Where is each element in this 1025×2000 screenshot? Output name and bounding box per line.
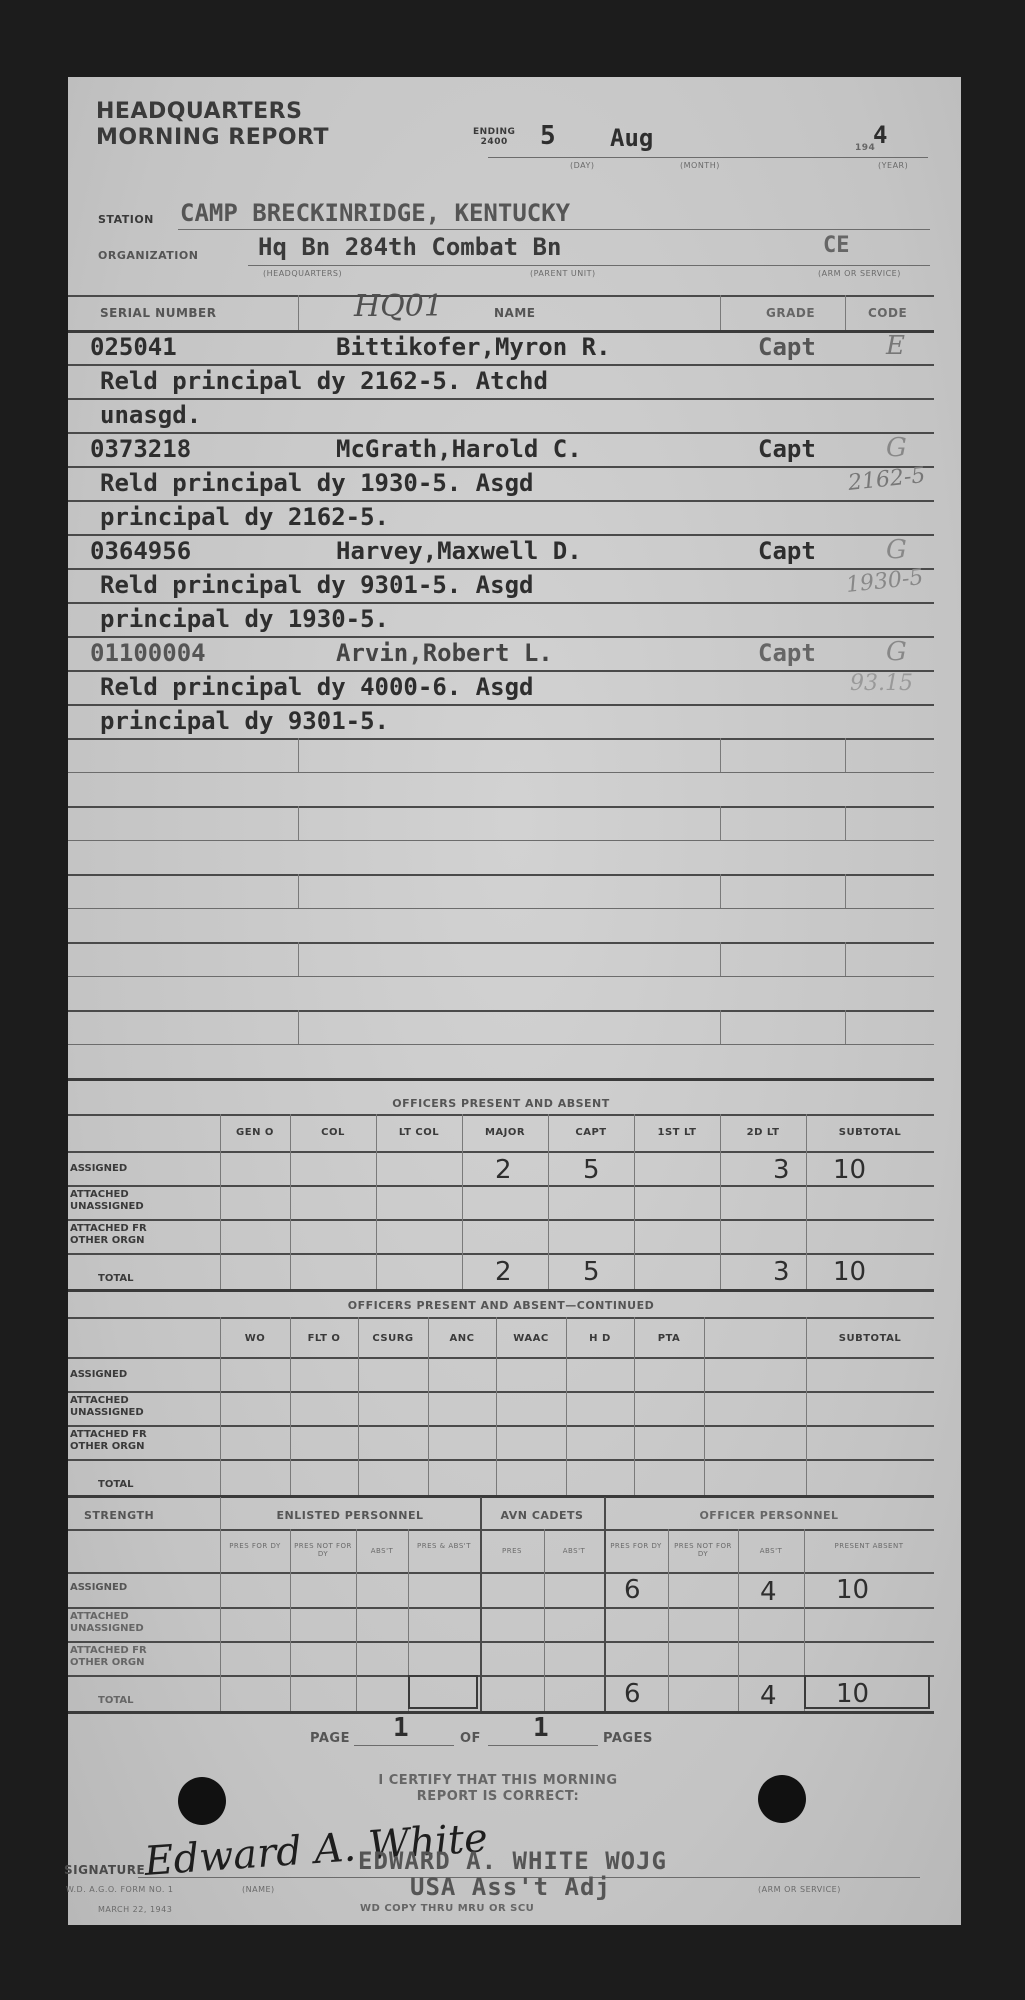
code-header: CODE — [868, 306, 907, 320]
roster-rule — [68, 1078, 934, 1081]
table-rule — [68, 1357, 934, 1359]
copy-routing-note: WD COPY THRU MRU OR SCU — [360, 1903, 534, 1914]
roster-col-divider — [720, 1010, 721, 1044]
page-label: PAGE — [310, 1731, 350, 1746]
roster-col-divider — [720, 295, 721, 330]
table-col-divider — [704, 1317, 705, 1495]
form-number: W.D. A.G.O. FORM NO. 1 — [66, 1885, 174, 1894]
punch-hole-right — [758, 1775, 806, 1823]
subcol-header: PRES — [480, 1547, 544, 1555]
officer-name: Bittikofer,Myron R. — [336, 333, 611, 361]
roster-rule — [68, 534, 934, 536]
roster-top-rule — [68, 295, 934, 297]
arm-of-service-value: CE — [823, 233, 850, 258]
roster-rule — [68, 398, 934, 400]
row-label: ATTACHED UNASSIGNED — [70, 1189, 180, 1213]
form-date: MARCH 22, 1943 — [98, 1905, 172, 1914]
table-rule — [68, 1253, 934, 1255]
col-header: SUBTOTAL — [806, 1333, 934, 1344]
count-major-assigned: 2 — [495, 1155, 512, 1185]
roster-rule — [68, 636, 934, 638]
row-label: ATTACHED FR OTHER ORGN — [70, 1223, 180, 1247]
officer-grade: Capt — [758, 435, 816, 463]
count-capt-assigned: 5 — [583, 1155, 600, 1185]
roster-rule — [68, 432, 934, 434]
roster-rule — [68, 976, 934, 977]
remark-line: Reld principal dy 4000-6. Asgd — [100, 673, 533, 701]
row-label: ASSIGNED — [70, 1163, 127, 1175]
serial-number: 0364956 — [90, 537, 191, 565]
table-col-divider — [634, 1114, 635, 1289]
remark-line: unasgd. — [100, 401, 201, 429]
officers-table-title: OFFICERS PRESENT AND ABSENT — [68, 1097, 934, 1110]
organization-value: Hq Bn 284th Combat Bn — [258, 233, 561, 261]
name-header: NAME — [494, 306, 535, 320]
officer-grade: Capt — [758, 639, 816, 667]
of-label: OF — [460, 1731, 481, 1746]
row-label: ATTACHED FR OTHER ORGN — [70, 1429, 180, 1453]
row-label: TOTAL — [98, 1695, 133, 1707]
col-header: ANC — [428, 1333, 496, 1344]
row-label: ATTACHED UNASSIGNED — [70, 1611, 180, 1635]
morning-report-form: HEADQUARTERS MORNING REPORT ENDING 2400 … — [68, 77, 961, 1925]
roster-rule — [68, 364, 934, 366]
officer-personnel-header: OFFICER PERSONNEL — [604, 1509, 934, 1522]
row-label: ATTACHED FR OTHER ORGN — [70, 1645, 180, 1669]
table-rule — [68, 1219, 934, 1221]
officer-abst-assigned: 4 — [760, 1577, 777, 1607]
report-year-digit: 4 — [873, 121, 887, 149]
table-col-divider — [480, 1497, 482, 1711]
month-caption: (MONTH) — [680, 161, 720, 170]
serial-number: 025041 — [90, 333, 177, 361]
col-header: CAPT — [548, 1127, 634, 1138]
subtotal-total: 10 — [833, 1257, 866, 1287]
table-rule — [68, 1391, 934, 1393]
roster-rule — [68, 1044, 934, 1045]
roster-col-divider — [845, 295, 846, 330]
margin-note: 93.15 — [850, 671, 913, 696]
row-label: ATTACHED UNASSIGNED — [70, 1395, 180, 1419]
roster-col-divider — [845, 738, 846, 772]
roster-rule — [68, 466, 934, 468]
table-col-divider — [356, 1529, 357, 1711]
roster-col-divider — [720, 874, 721, 908]
col-header: CSURG — [358, 1333, 428, 1344]
signature-arm-caption: (ARM OR SERVICE) — [758, 1885, 841, 1894]
roster-col-divider — [845, 1010, 846, 1044]
officer-pres-for-dy-assigned: 6 — [624, 1575, 641, 1605]
row-label: ASSIGNED — [70, 1369, 127, 1381]
table-col-divider — [806, 1114, 807, 1289]
name-caption: (NAME) — [242, 1885, 275, 1894]
avn-cadets-header: AVN CADETS — [480, 1509, 604, 1522]
col-header: MAJOR — [462, 1127, 548, 1138]
roster-rule — [68, 704, 934, 706]
total-pages: 1 — [533, 1713, 549, 1743]
roster-col-divider — [845, 942, 846, 976]
subcol-header: PRESENT ABSENT — [804, 1542, 934, 1550]
table-rule — [68, 1711, 934, 1714]
report-month: Aug — [610, 124, 653, 152]
table-rule — [68, 1425, 934, 1427]
table-rule — [68, 1151, 934, 1153]
count-2dlt-assigned: 3 — [773, 1155, 790, 1185]
report-day: 5 — [540, 121, 556, 151]
strength-label: STRENGTH — [84, 1509, 154, 1522]
table-rule — [68, 1289, 934, 1292]
serial-number: 01100004 — [90, 639, 206, 667]
table-col-divider — [548, 1114, 549, 1289]
remark-line: Reld principal dy 2162-5. Atchd — [100, 367, 548, 395]
roster-rule — [68, 568, 934, 570]
roster-rule — [68, 874, 934, 876]
roster-rule — [68, 908, 934, 909]
remark-line: Reld principal dy 9301-5. Asgd — [100, 571, 533, 599]
officer-name: Harvey,Maxwell D. — [336, 537, 582, 565]
roster-rule — [68, 806, 934, 808]
roster-col-divider — [720, 942, 721, 976]
officer-grade: Capt — [758, 333, 816, 361]
table-rule — [68, 1459, 934, 1461]
roster-col-divider — [298, 295, 299, 330]
subtotal-assigned: 10 — [833, 1155, 866, 1185]
serial-number-header: SERIAL NUMBER — [100, 306, 216, 320]
row-label: TOTAL — [98, 1273, 133, 1285]
table-col-divider — [376, 1114, 377, 1289]
officer-abst-total: 4 — [760, 1681, 777, 1711]
subcol-header: PRES FOR DY — [220, 1542, 290, 1550]
officer-pres-for-dy-total: 6 — [624, 1679, 641, 1709]
organization-rule — [248, 265, 930, 266]
form-title-line1: HEADQUARTERS — [96, 99, 329, 125]
punch-hole-left — [178, 1777, 226, 1825]
col-header: 2D LT — [720, 1127, 806, 1138]
col-header: COL — [290, 1127, 376, 1138]
certification-text: I CERTIFY THAT THIS MORNING REPORT IS CO… — [248, 1773, 748, 1805]
table-col-divider — [290, 1114, 291, 1289]
col-header: 1ST LT — [634, 1127, 720, 1138]
total-pages-rule — [488, 1745, 598, 1746]
roster-rule — [68, 602, 934, 604]
serial-number: 0373218 — [90, 435, 191, 463]
roster-col-divider — [720, 738, 721, 772]
table-col-divider — [220, 1114, 221, 1289]
roster-col-divider — [845, 806, 846, 840]
signature-label: SIGNATURE — [64, 1863, 145, 1877]
col-header: GEN O — [220, 1127, 290, 1138]
remark-line: principal dy 2162-5. — [100, 503, 389, 531]
roster-col-divider — [298, 874, 299, 908]
count-major-total: 2 — [495, 1257, 512, 1287]
count-capt-total: 5 — [583, 1257, 600, 1287]
roster-rule — [68, 1010, 934, 1012]
roster-col-divider — [298, 738, 299, 772]
col-header: LT COL — [376, 1127, 462, 1138]
roster-rule — [68, 772, 934, 773]
col-header: SUBTOTAL — [806, 1127, 934, 1138]
page-number: 1 — [393, 1713, 409, 1743]
pages-label: PAGES — [603, 1731, 653, 1746]
col-header: FLT O — [290, 1333, 358, 1344]
roster-col-divider — [845, 874, 846, 908]
roster-col-divider — [298, 806, 299, 840]
table-rule — [68, 1495, 934, 1498]
table-col-divider — [738, 1529, 739, 1711]
table-rule — [68, 1114, 934, 1116]
subcol-header: ABS'T — [544, 1547, 604, 1555]
enlisted-personnel-header: ENLISTED PERSONNEL — [220, 1509, 480, 1522]
officer-code: G — [886, 637, 907, 667]
station-label: STATION — [98, 213, 154, 226]
officer-present-absent-total: 10 — [836, 1679, 869, 1709]
station-rule — [178, 229, 930, 230]
grade-header: GRADE — [766, 306, 815, 320]
year-caption: (YEAR) — [878, 161, 908, 170]
roster-rule — [68, 942, 934, 944]
subcol-header: PRES & ABS'T — [408, 1542, 480, 1550]
officer-code: G — [886, 535, 907, 565]
table-col-divider — [604, 1497, 606, 1711]
day-caption: (DAY) — [570, 161, 595, 170]
row-label: TOTAL — [98, 1479, 133, 1491]
remark-line: principal dy 9301-5. — [100, 707, 389, 735]
table-rule — [68, 1317, 934, 1319]
officer-grade: Capt — [758, 537, 816, 565]
subcol-header: PRES FOR DY — [604, 1542, 668, 1550]
roster-col-divider — [720, 806, 721, 840]
officer-name: McGrath,Harold C. — [336, 435, 582, 463]
arm-caption: (ARM OR SERVICE) — [818, 269, 901, 278]
signer-title: USA Ass't Adj — [410, 1873, 611, 1901]
col-header: WO — [220, 1333, 290, 1344]
officers-continued-title: OFFICERS PRESENT AND ABSENT—CONTINUED — [68, 1299, 934, 1312]
table-col-divider — [220, 1497, 221, 1711]
subcol-header: PRES NOT FOR DY — [668, 1542, 738, 1558]
col-header: PTA — [634, 1333, 704, 1344]
subcol-header: ABS'T — [356, 1547, 408, 1555]
enlisted-total-box — [408, 1675, 478, 1709]
page-rule — [354, 1745, 454, 1746]
officer-code: E — [886, 331, 905, 361]
handwritten-unit-code: HQ01 — [354, 289, 443, 324]
table-col-divider — [544, 1529, 545, 1711]
subcol-header: ABS'T — [738, 1547, 804, 1555]
col-header: H D — [566, 1333, 634, 1344]
table-rule — [68, 1185, 934, 1187]
row-label: ASSIGNED — [70, 1582, 127, 1594]
remark-line: principal dy 1930-5. — [100, 605, 389, 633]
roster-rule — [68, 840, 934, 841]
count-2dlt-total: 3 — [773, 1257, 790, 1287]
officer-present-absent-assigned: 10 — [836, 1575, 869, 1605]
officer-name: Arvin,Robert L. — [336, 639, 553, 667]
form-title: HEADQUARTERS MORNING REPORT — [96, 99, 329, 151]
subcol-header: PRES NOT FOR DY — [290, 1542, 356, 1558]
roster-rule — [68, 500, 934, 502]
organization-label: ORGANIZATION — [98, 249, 198, 262]
table-col-divider — [720, 1114, 721, 1289]
roster-col-divider — [298, 942, 299, 976]
parent-unit-caption: (PARENT UNIT) — [530, 269, 596, 278]
roster-rule — [68, 738, 934, 740]
roster-rule — [68, 670, 934, 672]
col-header: WAAC — [496, 1333, 566, 1344]
signer-name: EDWARD A. WHITE WOJG — [358, 1847, 667, 1875]
form-title-line2: MORNING REPORT — [96, 125, 329, 151]
officer-code: G — [886, 433, 907, 463]
hq-caption: (HEADQUARTERS) — [263, 269, 342, 278]
roster-col-divider — [298, 1010, 299, 1044]
ending-label: ENDING 2400 — [473, 127, 515, 147]
table-col-divider — [462, 1114, 463, 1289]
date-rule — [488, 157, 928, 158]
remark-line: Reld principal dy 1930-5. Asgd — [100, 469, 533, 497]
station-value: CAMP BRECKINRIDGE, KENTUCKY — [180, 199, 570, 227]
